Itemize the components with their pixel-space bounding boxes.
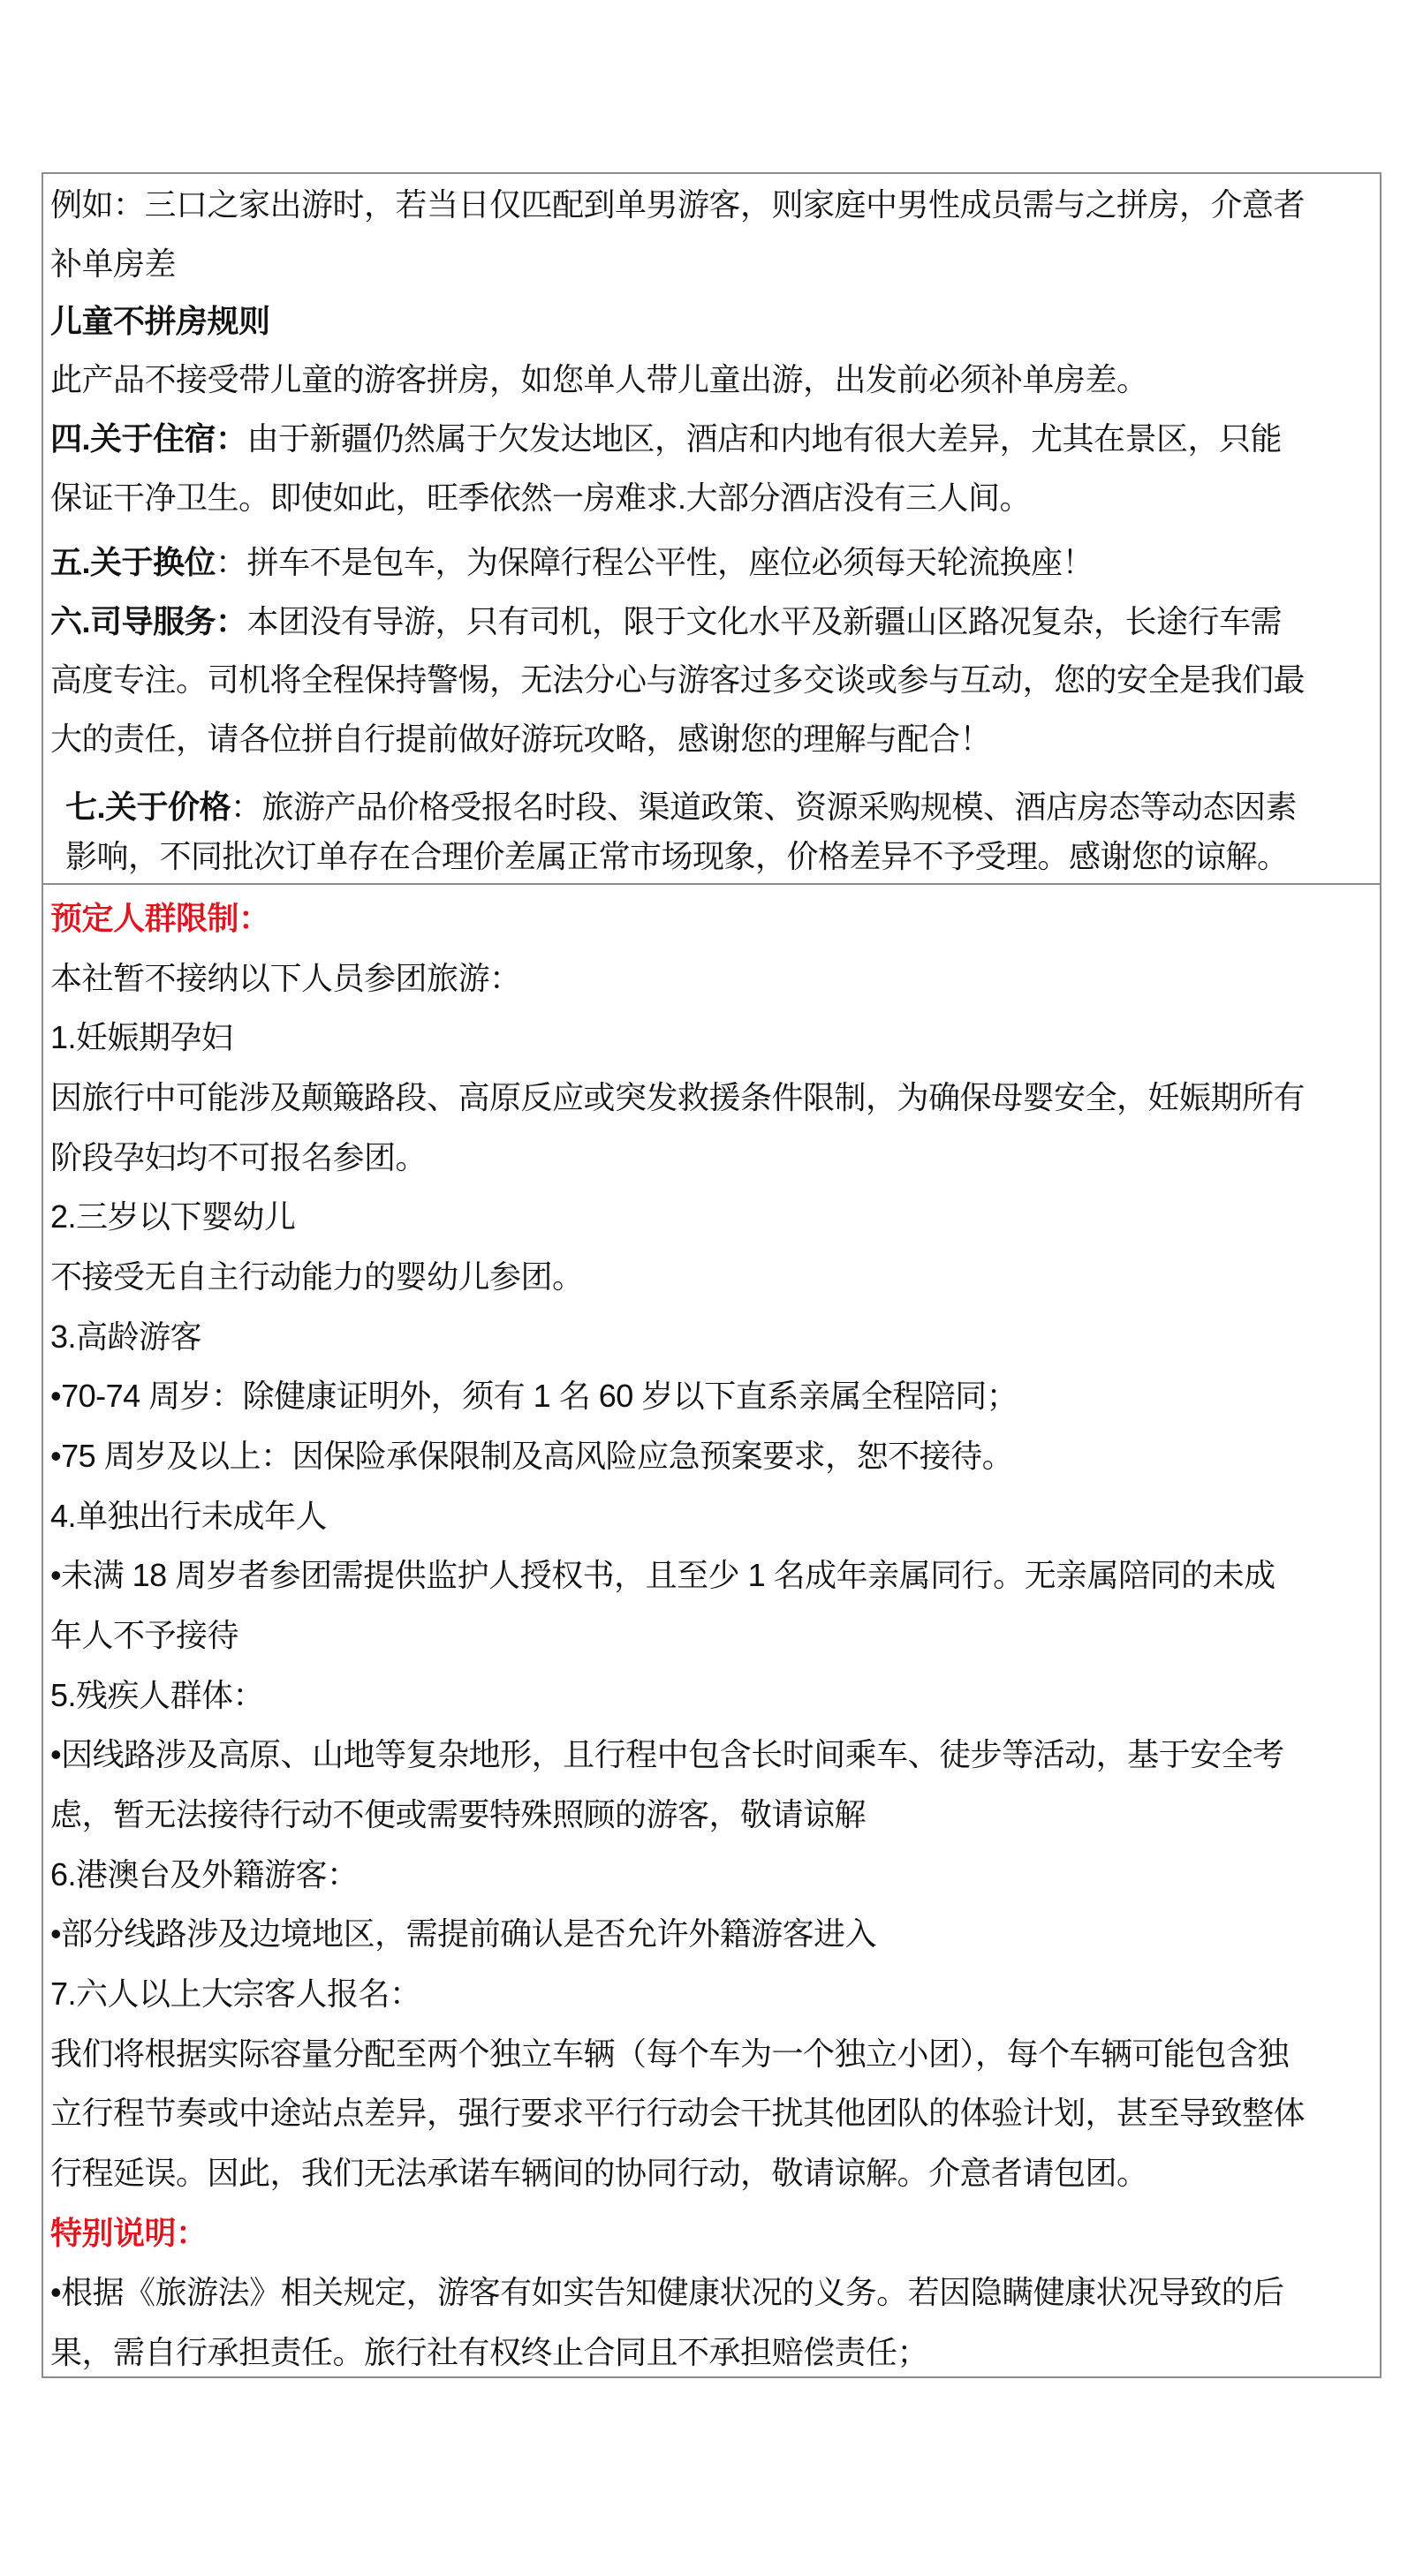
example-line: 例如：三口之家出游时，若当日仅匹配到单男游客，则家庭中男性成员需与之拼房，介意者 — [50, 185, 1305, 224]
restriction-line: 7.六人以上大宗客人报名： — [50, 1975, 421, 2013]
lodging-rule: 四.关于住宿：由于新疆仍然属于欠发达地区，酒店和内地有很大差异，尤其在景区，只能 — [50, 419, 1282, 458]
restriction-line: 3.高龄游客 — [50, 1318, 201, 1356]
rule-label: 七.关于价格 — [65, 789, 231, 825]
restriction-line: 本社暂不接纳以下人员参团旅游： — [50, 959, 521, 998]
special-note-line: •根据《旅游法》相关规定，游客有如实告知健康状况的义务。若因隐瞒健康状况导致的后 — [50, 2273, 1284, 2312]
line-text: 高度专注。司机将全程保持警惕，无法分心与游客过多交谈或参与互动，您的安全是我们最 — [50, 661, 1305, 698]
price-rule-cont: 影响，不同批次订单存在合理价差属正常市场现象，价格差异不予受理。感谢您的谅解。 — [65, 837, 1289, 876]
restriction-line: 虑，暂无法接待行动不便或需要特殊照顾的游客，敬请谅解 — [50, 1795, 866, 1834]
line-text: 此产品不接受带儿童的游客拼房，如您单人带儿童出游，出发前必须补单房差。 — [50, 361, 1148, 397]
line-text: 例如：三口之家出游时，若当日仅匹配到单男游客，则家庭中男性成员需与之拼房，介意者 — [50, 186, 1305, 223]
line-text: ：拼车不是包车，为保障行程公平性，座位必须每天轮流换座！ — [216, 544, 1094, 580]
restriction-line: 不接受无自主行动能力的婴幼儿参团。 — [50, 1258, 584, 1296]
example-line-cont: 补单房差 — [50, 245, 176, 283]
line-text: 由于新疆仍然属于欠发达地区，酒店和内地有很大差异，尤其在景区，只能 — [247, 420, 1283, 457]
restriction-line: •因线路涉及高原、山地等复杂地形，且行程中包含长时间乘车、徒步等活动，基于安全考 — [50, 1735, 1284, 1774]
restriction-line: 6.港澳台及外籍游客： — [50, 1855, 359, 1894]
special-notes-heading: 特别说明： — [50, 2214, 208, 2253]
seat-rotation-rule: 五.关于换位：拼车不是包车，为保障行程公平性，座位必须每天轮流换座！ — [50, 543, 1094, 582]
booking-restrictions-cell: 预定人群限制： 本社暂不接纳以下人员参团旅游： 1.妊娠期孕妇 因旅行中可能涉及… — [43, 885, 1380, 2376]
driver-service-cont-2: 大的责任，请各位拼自行提前做好游玩攻略，感谢您的理解与配合！ — [50, 720, 991, 759]
lodging-rule-cont: 保证干净卫生。即使如此，旺季依然一房难求.大部分酒店没有三人间。 — [50, 479, 1031, 517]
restriction-line: •部分线路涉及边境地区，需提前确认是否允许外籍游客进入 — [50, 1915, 876, 1953]
restriction-line: •未满 18 周岁者参团需提供监护人授权书，且至少 1 名成年亲属同行。无亲属陪… — [50, 1556, 1275, 1595]
rule-label: 四.关于住宿： — [50, 420, 247, 457]
price-rule: 七.关于价格：旅游产品价格受报名时段、渠道政策、资源采购规模、酒店房态等动态因素 — [65, 788, 1297, 827]
restriction-line: 我们将根据实际容量分配至两个独立车辆（每个车为一个独立小团），每个车辆可能包含独 — [50, 2035, 1289, 2074]
heading-text: 儿童不拼房规则 — [50, 303, 270, 339]
restriction-line: •70-74 周岁：除健康证明外，须有 1 名 60 岁以下直系亲属全程陪同； — [50, 1377, 1018, 1416]
line-text: 本团没有导游，只有司机，限于文化水平及新疆山区路况复杂，长途行车需 — [247, 603, 1283, 639]
notice-table: 例如：三口之家出游时，若当日仅匹配到单男游客，则家庭中男性成员需与之拼房，介意者… — [42, 172, 1381, 2378]
line-text: 影响，不同批次订单存在合理价差属正常市场现象，价格差异不予受理。感谢您的谅解。 — [65, 838, 1289, 874]
driver-service-cont-1: 高度专注。司机将全程保持警惕，无法分心与游客过多交谈或参与互动，您的安全是我们最 — [50, 661, 1305, 699]
restriction-line: 1.妊娠期孕妇 — [50, 1018, 233, 1057]
restriction-line: 行程延误。因此，我们无法承诺车辆间的协同行动，敬请谅解。介意者请包团。 — [50, 2154, 1148, 2193]
accommodation-rules-cell: 例如：三口之家出游时，若当日仅匹配到单男游客，则家庭中男性成员需与之拼房，介意者… — [43, 174, 1380, 885]
restriction-line: 阶段孕妇均不可报名参团。 — [50, 1138, 427, 1177]
driver-service-rule: 六.司导服务：本团没有导游，只有司机，限于文化水平及新疆山区路况复杂，长途行车需 — [50, 602, 1282, 641]
line-text: 补单房差 — [50, 246, 176, 282]
restriction-line: 因旅行中可能涉及颠簸路段、高原反应或突发救援条件限制，为确保母婴安全，妊娠期所有 — [50, 1078, 1305, 1117]
restriction-line: 2.三岁以下婴幼儿 — [50, 1197, 296, 1236]
booking-restrictions-heading: 预定人群限制： — [50, 899, 270, 938]
rule-label: 五.关于换位 — [50, 544, 216, 580]
line-text: 保证干净卫生。即使如此，旺季依然一房难求.大部分酒店没有三人间。 — [50, 480, 1031, 516]
child-rule-heading: 儿童不拼房规则 — [50, 302, 270, 341]
restriction-line: 年人不予接待 — [50, 1616, 238, 1655]
line-text: 大的责任，请各位拼自行提前做好游玩攻略，感谢您的理解与配合！ — [50, 721, 991, 757]
child-rule-text: 此产品不接受带儿童的游客拼房，如您单人带儿童出游，出发前必须补单房差。 — [50, 360, 1148, 399]
line-text: ：旅游产品价格受报名时段、渠道政策、资源采购规模、酒店房态等动态因素 — [231, 789, 1297, 825]
restriction-line: 4.单独出行未成年人 — [50, 1497, 327, 1536]
restriction-line: •75 周岁及以上：因保险承保限制及高风险应急预案要求，恕不接待。 — [50, 1437, 1013, 1476]
restriction-line: 立行程节奏或中途站点差异，强行要求平行行动会干扰其他团队的体验计划，甚至导致整体 — [50, 2094, 1305, 2133]
restriction-line: 5.残疾人群体： — [50, 1676, 264, 1715]
special-note-line: 果，需自行承担责任。旅行社有权终止合同且不承担赔偿责任； — [50, 2333, 928, 2372]
rule-label: 六.司导服务： — [50, 603, 247, 639]
